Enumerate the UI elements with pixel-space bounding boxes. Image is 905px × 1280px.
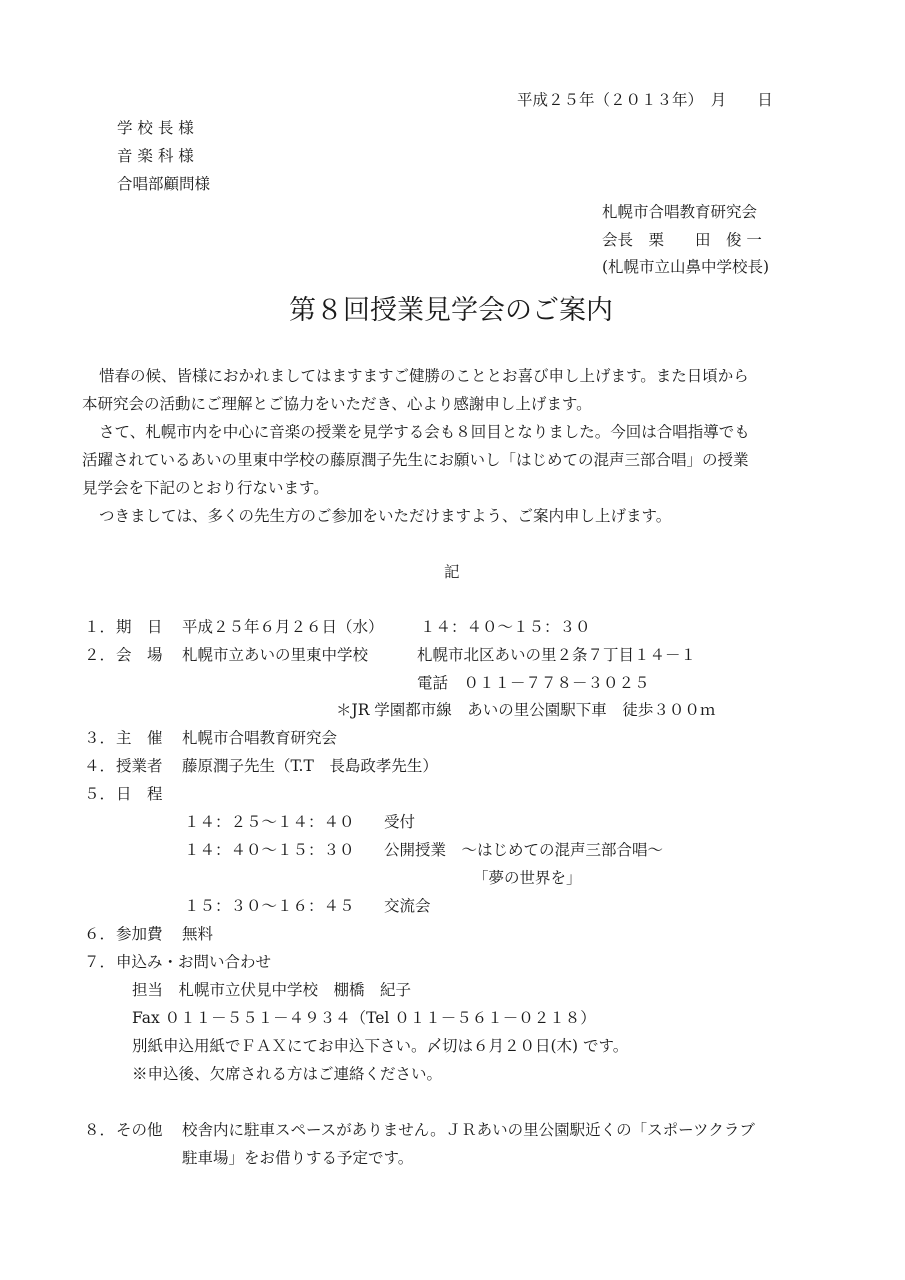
item-venue-num: ２． bbox=[84, 648, 115, 664]
page-title: 第８回授業見学会のご案内 bbox=[289, 297, 613, 324]
item-venue-phone: 電話 ０１１－７７８－３０２５ bbox=[417, 676, 650, 692]
sender-affiliation: (札幌市立山鼻中学校長) bbox=[602, 260, 769, 276]
schedule-row-3-desc: 交流会 bbox=[384, 899, 431, 915]
body-p1-line2: 本研究会の活動にご理解とご協力をいただき、心より感謝申し上げます。 bbox=[82, 397, 592, 413]
body-p1-line1: 惜春の候、皆様におかれましてはますますご健勝のこととお喜び申し上げます。また日頃… bbox=[99, 369, 749, 385]
ki-heading: 記 bbox=[444, 565, 460, 581]
item-fee-value: 無料 bbox=[182, 927, 213, 943]
item-teacher-num: ４． bbox=[84, 759, 115, 775]
item-other-line1: 校舎内に駐車スペースがありません。ＪＲあいの里公園駅近くの「スポーツクラブ bbox=[182, 1123, 755, 1139]
document-date: 平成２５年（２０１３年） 月 日 bbox=[517, 93, 773, 109]
sender-organization: 札幌市合唱教育研究会 bbox=[602, 205, 757, 221]
item-schedule-num: ５． bbox=[84, 787, 115, 803]
item-host-label: 主 催 bbox=[116, 731, 163, 747]
schedule-row-2-time: １４：４０～１５：３０ bbox=[184, 843, 355, 859]
item-other-num: ８． bbox=[84, 1123, 115, 1139]
recipient-music-dept: 音 楽 科 様 bbox=[117, 149, 194, 165]
item-teacher-label: 授業者 bbox=[116, 759, 163, 775]
item-other-label: その他 bbox=[116, 1123, 163, 1139]
item-venue-address: 札幌市北区あいの里２条７丁目１４－１ bbox=[417, 648, 696, 664]
item-venue-label: 会 場 bbox=[116, 648, 163, 664]
item-venue-access: ＊JR 学園都市線 あいの里公園駅下車 徒歩３００ｍ bbox=[336, 703, 715, 719]
body-p3-line1: つきましては、多くの先生方のご参加をいただけますよう、ご案内申し上げます。 bbox=[99, 509, 671, 525]
schedule-row-1-desc: 受付 bbox=[384, 815, 415, 831]
item-host-value: 札幌市合唱教育研究会 bbox=[182, 731, 337, 747]
body-p2-line3: 見学会を下記のとおり行ないます。 bbox=[82, 481, 329, 497]
item-venue-value: 札幌市立あいの里東中学校 bbox=[182, 648, 368, 664]
recipient-choir-advisor: 合唱部顧問様 bbox=[117, 177, 210, 193]
item-fee-num: ６． bbox=[84, 927, 115, 943]
item-date-value: 平成２５年６月２６日（水） bbox=[182, 620, 384, 636]
schedule-row-1-time: １４：２５～１４：４０ bbox=[184, 815, 355, 831]
contact-note: ※申込後、欠席される方はご連絡ください。 bbox=[132, 1067, 442, 1083]
item-contact-label: 申込み・お問い合わせ bbox=[116, 955, 271, 971]
item-fee-label: 参加費 bbox=[116, 927, 163, 943]
contact-person: 担当 札幌市立伏見中学校 棚橋 紀子 bbox=[132, 983, 411, 999]
item-date-label: 期 日 bbox=[116, 620, 163, 636]
item-teacher-value: 藤原潤子先生（T.T 長島政孝先生） bbox=[182, 759, 438, 775]
item-host-num: ３． bbox=[84, 731, 115, 747]
item-contact-num: ７． bbox=[84, 955, 115, 971]
recipient-principal: 学 校 長 様 bbox=[117, 121, 194, 137]
item-schedule-label: 日 程 bbox=[116, 787, 163, 803]
body-p2-line2: 活躍されているあいの里東中学校の藤原潤子先生にお願いし「はじめての混声三部合唱」… bbox=[82, 453, 749, 469]
item-other-line2: 駐車場」をお借りする予定です。 bbox=[182, 1151, 413, 1167]
sender-name: 会長 栗 田 俊 一 bbox=[602, 233, 762, 249]
item-date-num: １． bbox=[84, 620, 115, 636]
body-p2-line1: さて、札幌市内を中心に音楽の授業を見学する会も８回目となりました。今回は合唱指導… bbox=[99, 425, 750, 441]
schedule-row-2-sub: 「夢の世界を」 bbox=[473, 871, 582, 887]
contact-fax-tel: Fax ０１１－５５１－４９３４（Tel ０１１－５６１－０２１８） bbox=[132, 1011, 596, 1027]
item-date-time: １４：４０～１５：３０ bbox=[420, 620, 591, 636]
schedule-row-3-time: １５：３０～１６：４５ bbox=[184, 899, 355, 915]
schedule-row-2-desc: 公開授業 ～はじめての混声三部合唱～ bbox=[384, 843, 663, 859]
contact-instruction: 別紙申込用紙でＦＡＸにてお申込下さい。〆切は６月２０日(木) です。 bbox=[132, 1039, 628, 1055]
